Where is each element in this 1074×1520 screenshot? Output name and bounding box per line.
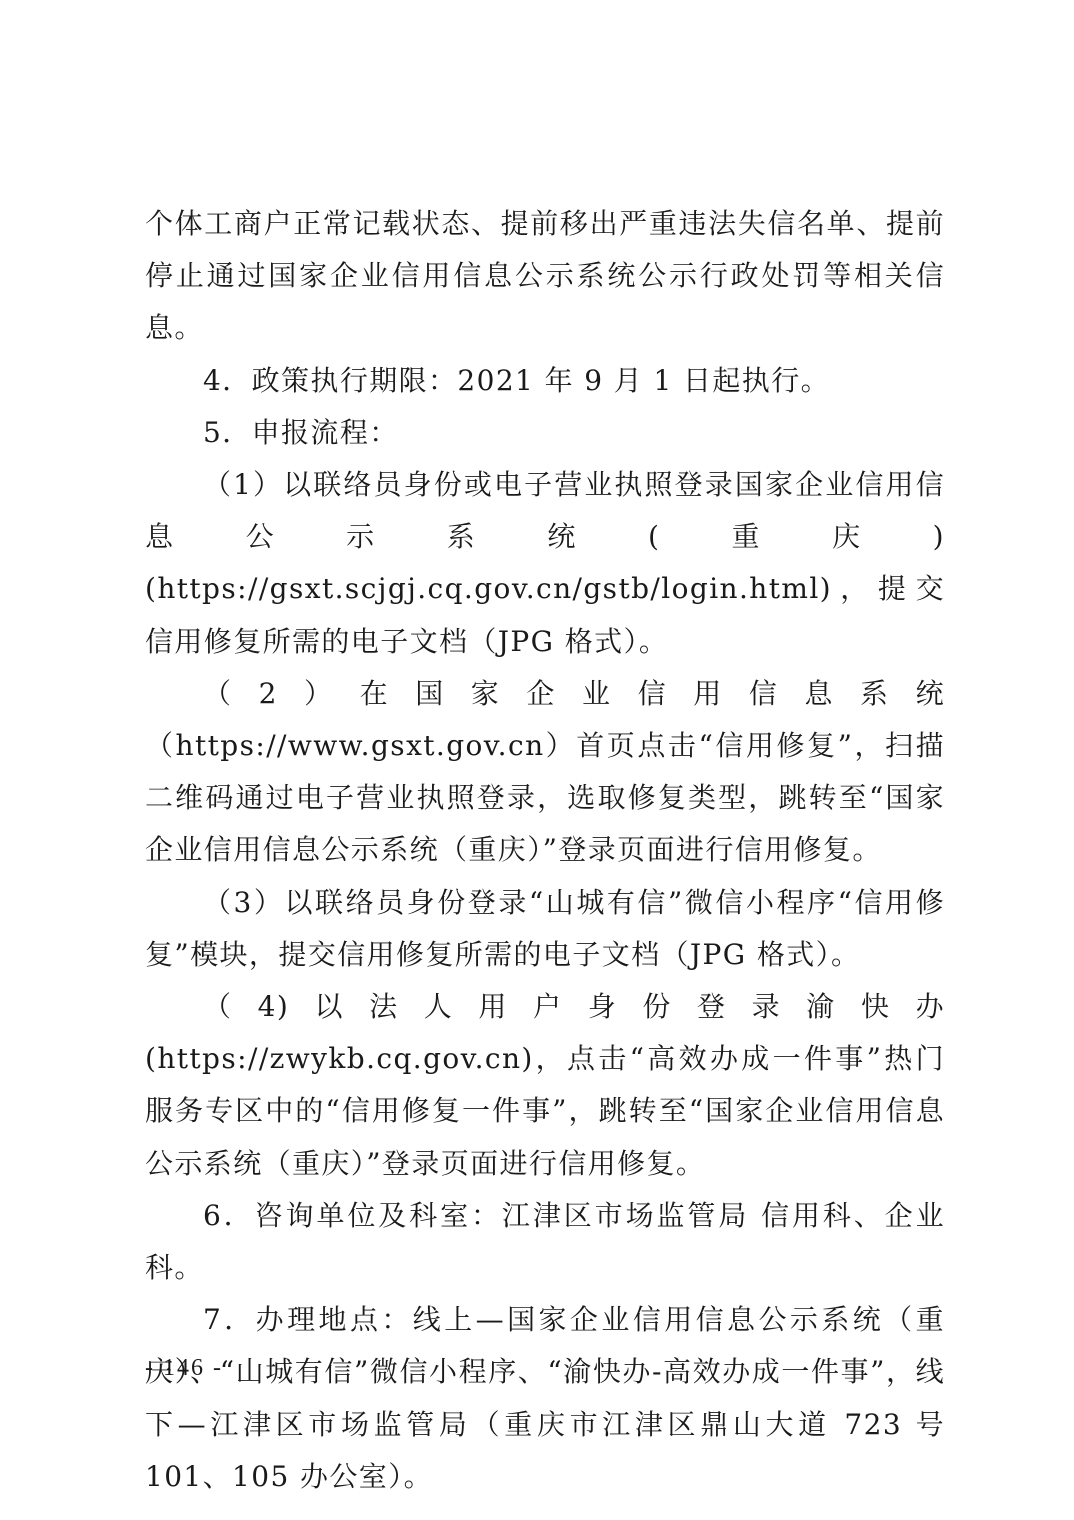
paragraph-application-process-heading: 5．申报流程： [145, 407, 945, 459]
paragraph-step-2: （2）在国家企业信用信息系统（https://www.gsxt.gov.cn）首… [145, 668, 945, 877]
document-body: 个体工商户正常记载状态、提前移出严重违法失信名单、提前停止通过国家企业信用信息公… [145, 198, 945, 1503]
paragraph-consulting-unit: 6．咨询单位及科室：江津区市场监管局 信用科、企业科。 [145, 1190, 945, 1294]
paragraph-step-4: （4)以法人用户身份登录渝快办(https://zwykb.cq.gov.cn)… [145, 981, 945, 1190]
page-number: - 146 - [145, 1355, 223, 1382]
paragraph-continuation: 个体工商户正常记载状态、提前移出严重违法失信名单、提前停止通过国家企业信用信息公… [145, 198, 945, 355]
document-page: 个体工商户正常记载状态、提前移出严重违法失信名单、提前停止通过国家企业信用信息公… [0, 0, 1074, 1520]
paragraph-handling-location: 7．办理地点：线上—国家企业信用信息公示系统（重庆）、“山城有信”微信小程序、“… [145, 1294, 945, 1503]
paragraph-step-3: （3）以联络员身份登录“山城有信”微信小程序“信用修复”模块，提交信用修复所需的… [145, 877, 945, 981]
paragraph-policy-period: 4．政策执行期限：2021 年 9 月 1 日起执行。 [145, 355, 945, 407]
paragraph-step-1: （1）以联络员身份或电子营业执照登录国家企业信用信息公示系统(重庆)(https… [145, 459, 945, 668]
